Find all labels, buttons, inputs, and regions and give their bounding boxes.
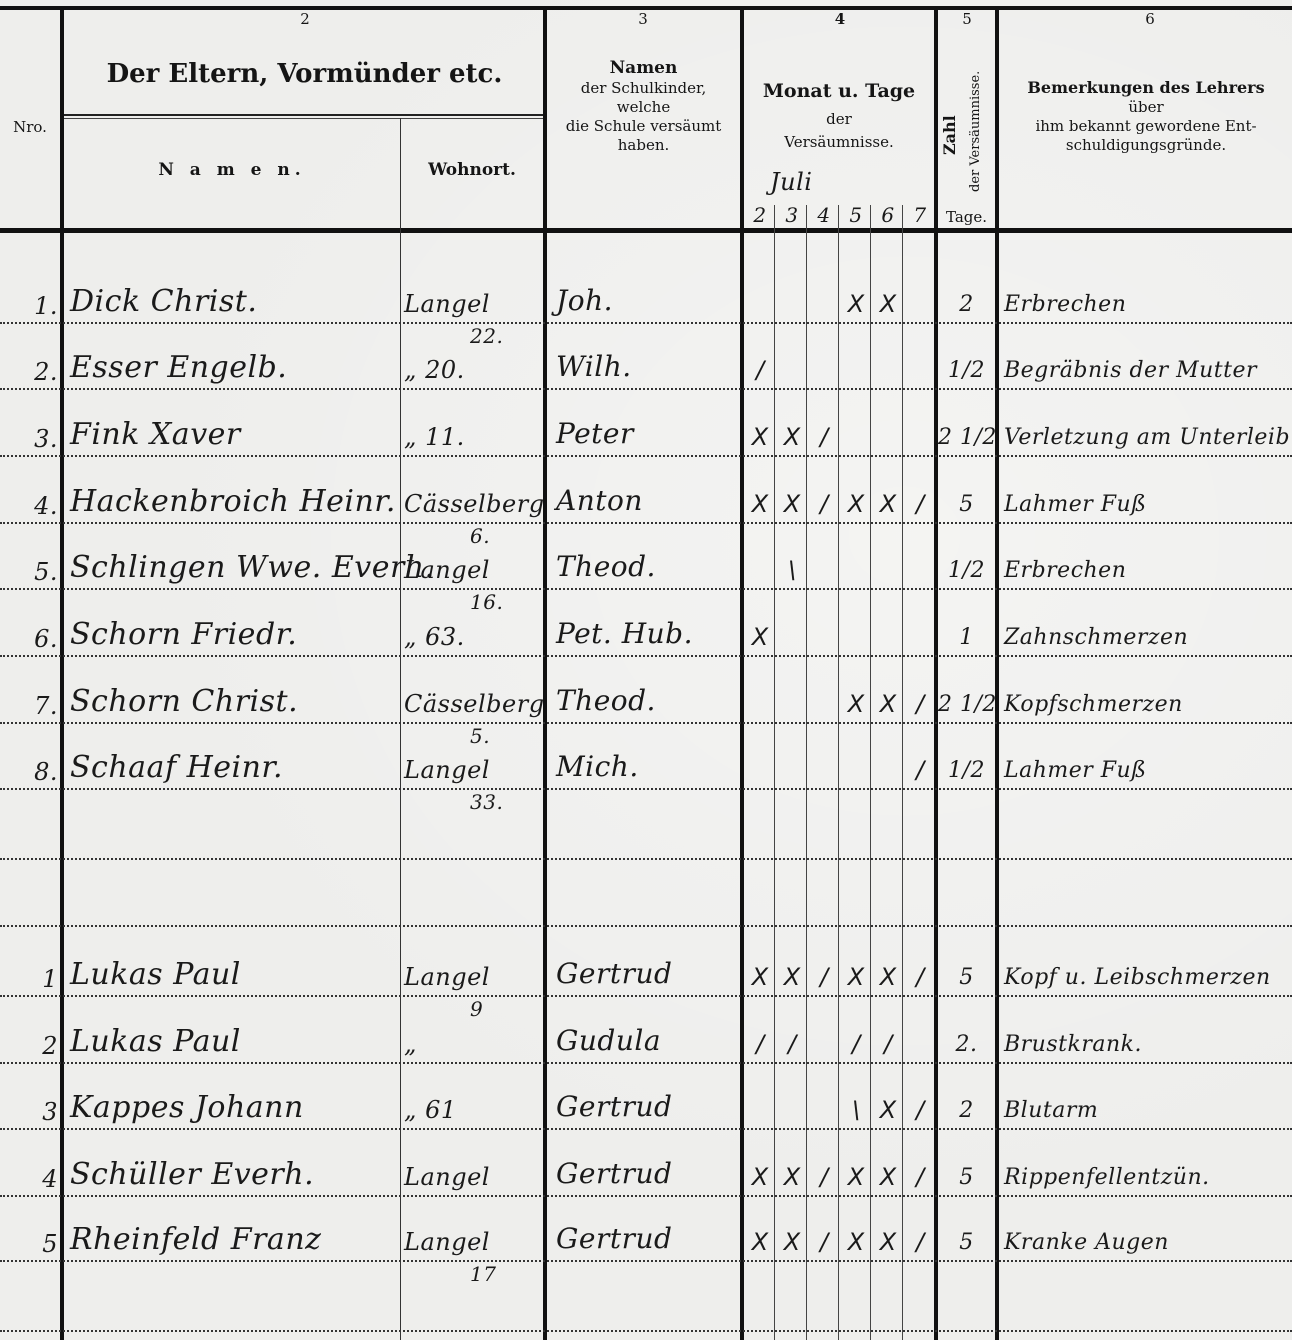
parent-name: Kappes Johann [70, 1090, 304, 1125]
col-divider-nr [60, 8, 64, 1340]
day-mark: X [776, 1163, 808, 1191]
total-days: 5 [938, 1165, 995, 1190]
row-number: 1 [8, 965, 58, 993]
row-number: 3. [8, 425, 58, 453]
row-ruling [0, 858, 1292, 860]
col3-number: 3 [628, 10, 658, 28]
residence: Langel [404, 556, 490, 584]
day-mark: X [840, 1163, 872, 1191]
teacher-remark: Lahmer Fuß [1004, 758, 1146, 783]
col4-number: 4 [825, 10, 855, 28]
day-label: 2 [744, 203, 776, 227]
day-mark: / [904, 1228, 936, 1256]
total-days: 1 [938, 625, 995, 650]
day-mark: X [840, 290, 872, 318]
day-mark: X [872, 1096, 904, 1124]
total-days: 5 [938, 1230, 995, 1255]
col3-title: Namen [547, 58, 740, 79]
row-ruling [0, 655, 1292, 657]
day-mark: X [744, 1228, 776, 1256]
day-mark: / [904, 1163, 936, 1191]
col5-title: Zahl [940, 115, 959, 155]
parent-name: Schlingen Wwe. Everh. [70, 550, 435, 585]
house-number: 17 [470, 1262, 496, 1286]
day-mark: X [840, 490, 872, 518]
residence: Langel [404, 1163, 490, 1191]
col2-subheader-rule [64, 114, 545, 116]
total-days: 1/2 [938, 758, 995, 783]
day-mark: \ [776, 556, 808, 584]
row-ruling [0, 522, 1292, 524]
day-mark: / [840, 1030, 872, 1058]
house-number: 22. [470, 324, 503, 348]
teacher-remark: Zahnschmerzen [1004, 625, 1188, 650]
day-mark: / [808, 423, 840, 451]
parent-name: Schaaf Heinr. [70, 750, 283, 785]
day-mark: X [744, 963, 776, 991]
col6-line3: schuldigungsgründe. [1000, 136, 1292, 155]
day-mark: X [872, 490, 904, 518]
day-mark: / [808, 963, 840, 991]
day-label: 5 [840, 203, 872, 227]
row-ruling [0, 588, 1292, 590]
total-days: 2 1/2 [938, 692, 995, 717]
parent-name: Lukas Paul [70, 957, 241, 992]
day-mark: / [744, 1030, 776, 1058]
col5-sub: der Versäumnisse. [968, 71, 983, 192]
row-ruling [0, 1330, 1292, 1332]
day-mark: / [904, 963, 936, 991]
day-mark: X [872, 1163, 904, 1191]
teacher-remark: Rippenfellentzün. [1004, 1165, 1210, 1190]
residence: „ 61 [404, 1096, 457, 1124]
col-divider-remarks [995, 8, 999, 1340]
teacher-remark: Blutarm [1004, 1098, 1098, 1123]
col4-title: Monat u. Tage [744, 80, 934, 104]
child-name: Gertrud [556, 1090, 672, 1123]
day-mark: X [872, 690, 904, 718]
parent-name: Schorn Christ. [70, 684, 298, 719]
col-divider-child [543, 8, 547, 1340]
total-days: 2 1/2 [938, 425, 995, 450]
total-days: 1/2 [938, 358, 995, 383]
col2-number: 2 [290, 10, 320, 28]
day-mark: / [904, 690, 936, 718]
row-number: 8. [8, 758, 58, 786]
col2-subheader-rule-2 [64, 118, 545, 119]
col3-line3: die Schule versäumt [547, 117, 740, 136]
col6-number: 6 [1135, 10, 1165, 28]
col3-header: Namen der Schulkinder, welche die Schule… [547, 58, 740, 154]
teacher-remark: Kopf u. Leibschmerzen [1004, 965, 1271, 990]
child-name: Gertrud [556, 957, 672, 990]
parent-name: Hackenbroich Heinr. [70, 484, 396, 519]
house-number: 16. [470, 590, 503, 614]
day-mark: X [872, 963, 904, 991]
row-number: 1. [8, 292, 58, 320]
residence: Cässelberg [404, 490, 545, 518]
month-label: Juli [770, 168, 812, 196]
teacher-remark: Erbrechen [1004, 292, 1126, 317]
teacher-remark: Kopfschmerzen [1004, 692, 1183, 717]
col3-line2: welche [547, 98, 740, 117]
day-mark: / [808, 1228, 840, 1256]
day-mark: / [904, 490, 936, 518]
residence: „ [404, 1030, 417, 1058]
total-days: 5 [938, 965, 995, 990]
header-bottom-rule [0, 228, 1292, 233]
row-ruling [0, 1062, 1292, 1064]
residence: „ 63. [404, 623, 465, 651]
child-name: Gudula [556, 1024, 661, 1057]
day-mark: \ [840, 1096, 872, 1124]
teacher-remark: Erbrechen [1004, 558, 1126, 583]
col4-header: Monat u. Tage der Versäumnisse. [744, 80, 934, 151]
house-number: 33. [470, 790, 503, 814]
house-number: 6. [470, 524, 490, 548]
day-label: 7 [904, 203, 936, 227]
col4-line2: Versäumnisse. [744, 133, 934, 152]
row-number: 5. [8, 558, 58, 586]
day-mark: / [904, 756, 936, 784]
day-mark: / [776, 1030, 808, 1058]
col6-header: Bemerkungen des Lehrers über ihm bekannt… [1000, 78, 1292, 154]
row-number: 7. [8, 692, 58, 720]
residence: Cässelberg [404, 690, 545, 718]
day-label: 4 [808, 203, 840, 227]
day-mark: X [744, 1163, 776, 1191]
day-mark: / [904, 1096, 936, 1124]
total-days: 2 [938, 1098, 995, 1123]
teacher-remark: Brustkrank. [1004, 1032, 1142, 1057]
day-mark: X [872, 1228, 904, 1256]
day-mark: X [744, 623, 776, 651]
child-name: Wilh. [556, 350, 632, 383]
day-mark: X [744, 490, 776, 518]
row-number: 6. [8, 625, 58, 653]
residence: „ 20. [404, 356, 465, 384]
day-mark: X [840, 963, 872, 991]
attendance-register-page: Nro. 2 Der Eltern, Vormünder etc. N a m … [0, 0, 1292, 1340]
child-name: Theod. [556, 550, 656, 583]
day-mark: X [776, 963, 808, 991]
row-ruling [0, 388, 1292, 390]
day-mark: X [776, 423, 808, 451]
row-number: 3 [8, 1098, 58, 1126]
residence: Langel [404, 963, 490, 991]
total-days: 2 [938, 292, 995, 317]
residence: Langel [404, 756, 490, 784]
col6-title: Bemerkungen des Lehrers [1000, 78, 1292, 98]
row-ruling [0, 455, 1292, 457]
row-number: 5 [8, 1230, 58, 1258]
teacher-remark: Verletzung am Unterleib [1004, 425, 1290, 450]
child-name: Peter [556, 417, 634, 450]
parent-name: Schüller Everh. [70, 1157, 314, 1192]
col3-line1: der Schulkinder, [547, 79, 740, 98]
child-name: Joh. [556, 284, 613, 317]
day-mark: X [776, 1228, 808, 1256]
parent-name: Lukas Paul [70, 1024, 241, 1059]
col2-title: Der Eltern, Vormünder etc. [64, 58, 545, 91]
child-name: Gertrud [556, 1222, 672, 1255]
col6-line2: ihm bekannt gewordene Ent- [1000, 117, 1292, 136]
day-mark: X [776, 490, 808, 518]
row-ruling [0, 1195, 1292, 1197]
day-mark: / [808, 1163, 840, 1191]
row-ruling [0, 1128, 1292, 1130]
parent-name: Dick Christ. [70, 284, 257, 319]
col5-unit: Tage. [938, 208, 995, 227]
day-label: 6 [872, 203, 904, 227]
row-number: 4. [8, 492, 58, 520]
row-ruling [0, 788, 1292, 790]
child-name: Theod. [556, 684, 656, 717]
row-number: 2 [8, 1032, 58, 1060]
day-mark: / [872, 1030, 904, 1058]
parent-name: Schorn Friedr. [70, 617, 297, 652]
row-ruling [0, 1260, 1292, 1262]
total-days: 1/2 [938, 558, 995, 583]
row-ruling [0, 322, 1292, 324]
child-name: Anton [556, 484, 643, 517]
parent-name: Esser Engelb. [70, 350, 287, 385]
col4-line1: der [744, 110, 934, 129]
child-name: Gertrud [556, 1157, 672, 1190]
day-mark: / [808, 490, 840, 518]
row-number: 4 [8, 1165, 58, 1193]
day-mark: X [840, 1228, 872, 1256]
day-mark: / [744, 356, 776, 384]
day-label: 3 [776, 203, 808, 227]
col-divider-residence [400, 118, 401, 1340]
residence: Langel [404, 1228, 490, 1256]
child-name: Pet. Hub. [556, 617, 693, 650]
col2-sub-residence: Wohnort. [401, 160, 543, 181]
teacher-remark: Begräbnis der Mutter [1004, 358, 1257, 383]
house-number: 9 [470, 997, 483, 1021]
child-name: Mich. [556, 750, 639, 783]
day-mark: X [744, 423, 776, 451]
col3-line4: haben. [547, 136, 740, 155]
house-number: 5. [470, 724, 490, 748]
residence: Langel [404, 290, 490, 318]
residence: „ 11. [404, 423, 465, 451]
parent-name: Fink Xaver [70, 417, 241, 452]
teacher-remark: Kranke Augen [1004, 1230, 1169, 1255]
header-nro: Nro. [0, 118, 60, 137]
day-mark: X [872, 290, 904, 318]
col6-line1: über [1000, 98, 1292, 117]
total-days: 2. [938, 1032, 995, 1057]
teacher-remark: Lahmer Fuß [1004, 492, 1146, 517]
row-ruling [0, 995, 1292, 997]
day-mark: X [840, 690, 872, 718]
parent-name: Rheinfeld Franz [70, 1222, 321, 1257]
row-number: 2. [8, 358, 58, 386]
row-ruling [0, 925, 1292, 927]
col2-sub-name: N a m e n. [64, 160, 400, 181]
row-ruling [0, 722, 1292, 724]
total-days: 5 [938, 492, 995, 517]
col5-number: 5 [952, 10, 982, 28]
